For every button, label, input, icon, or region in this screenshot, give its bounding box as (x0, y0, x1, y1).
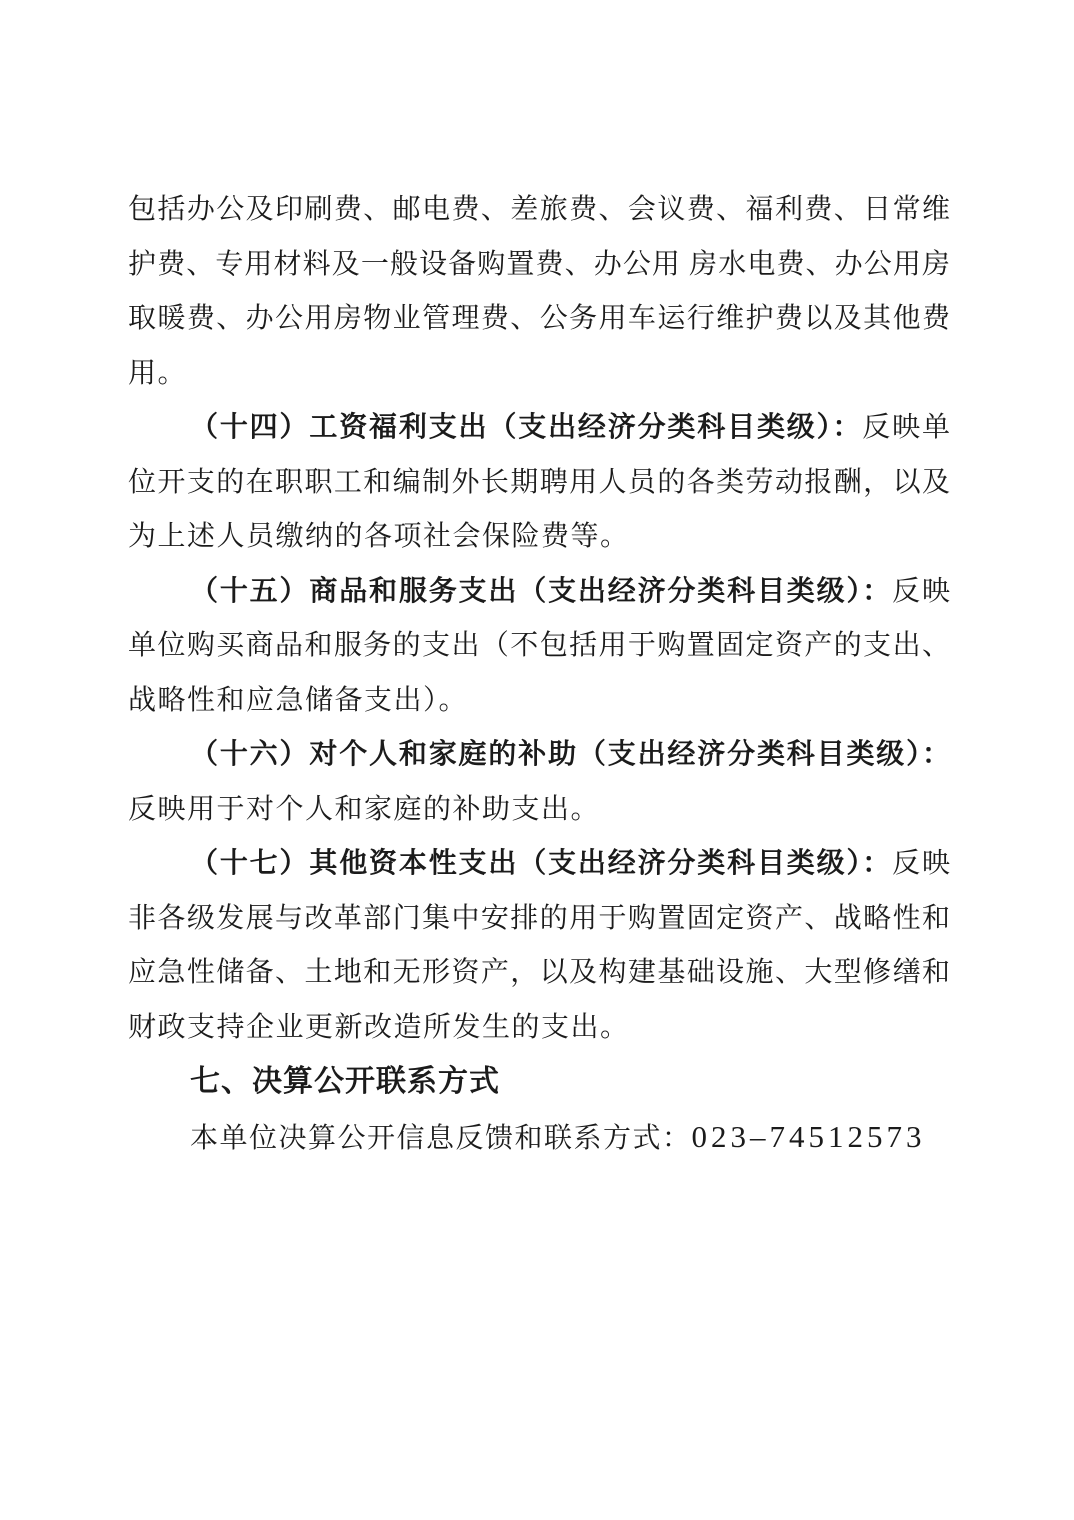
text-line: 取暖费、办公用房物业管理费、公务用车运行维护费以及其他费 (128, 292, 950, 347)
text-line: 护费、专用材料及一般设备购置费、办公用 房水电费、办公用房 (128, 238, 950, 293)
text-line: 应急性储备、土地和无形资产，以及构建基础设施、大型修缮和 (128, 946, 950, 1001)
document-page: 包括办公及印刷费、邮电费、差旅费、会议费、福利费、日常维护费、专用材料及一般设备… (0, 0, 1074, 1520)
text-run: 反映单 (862, 412, 950, 443)
bold-lead-run: （十五）商品和服务支出（支出经济分类科目类级）： (190, 576, 892, 607)
bold-lead-run: （十七）其他资本性支出（支出经济分类科目类级）： (190, 848, 892, 879)
bold-lead-run: （十四）工资福利支出（支出经济分类科目类级）： (190, 412, 862, 443)
text-line: 战略性和应急储备支出）。 (128, 674, 950, 729)
section-heading: 七、决算公开联系方式 (128, 1055, 950, 1110)
text-run: 为上述人员缴纳的各项社会保险费等。 (128, 521, 630, 552)
text-line: 单位购买商品和服务的支出（不包括用于购置固定资产的支出、 (128, 619, 950, 674)
text-run: 护费、专用材料及一般设备购置费、办公用 房水电费、办公用房 (128, 249, 950, 280)
para-14-wage-welfare-expenditure: （十四）工资福利支出（支出经济分类科目类级）：反映单位开支的在职职工和编制外长期… (128, 401, 950, 565)
text-line: 财政支持企业更新改造所发生的支出。 (128, 1001, 950, 1056)
text-run: 应急性储备、土地和无形资产，以及构建基础设施、大型修缮和 (128, 957, 950, 988)
bold-lead-run: （十六）对个人和家庭的补助（支出经济分类科目类级）： (190, 739, 950, 770)
text-line: （十四）工资福利支出（支出经济分类科目类级）：反映单 (128, 401, 950, 456)
text-run: 反映 (892, 576, 950, 607)
para-16-subsidies-individuals-families: （十六）对个人和家庭的补助（支出经济分类科目类级）：反映用于对个人和家庭的补助支… (128, 728, 950, 837)
document-body: 包括办公及印刷费、邮电费、差旅费、会议费、福利费、日常维护费、专用材料及一般设备… (128, 183, 950, 1055)
contact-label: 本单位决算公开信息反馈和联系方式： (190, 1123, 692, 1154)
document-text-column: 包括办公及印刷费、邮电费、差旅费、会议费、福利费、日常维护费、专用材料及一般设备… (128, 183, 950, 1164)
contact-phone-number: 023–74512573 (692, 1119, 926, 1154)
contact-line: 本单位决算公开信息反馈和联系方式：023–74512573 (128, 1110, 950, 1165)
text-run: 用。 (128, 358, 187, 389)
text-run: 包括办公及印刷费、邮电费、差旅费、会议费、福利费、日常维 (128, 194, 950, 225)
text-line: （十七）其他资本性支出（支出经济分类科目类级）：反映 (128, 837, 950, 892)
text-run: 非各级发展与改革部门集中安排的用于购置固定资产、战略性和 (128, 903, 950, 934)
text-run: 财政支持企业更新改造所发生的支出。 (128, 1012, 630, 1043)
text-line: （十六）对个人和家庭的补助（支出经济分类科目类级）： (128, 728, 950, 783)
text-run: 战略性和应急储备支出）。 (128, 685, 468, 716)
text-run: 取暖费、办公用房物业管理费、公务用车运行维护费以及其他费 (128, 303, 950, 334)
text-line: 反映用于对个人和家庭的补助支出。 (128, 783, 950, 838)
text-line: 非各级发展与改革部门集中安排的用于购置固定资产、战略性和 (128, 892, 950, 947)
para-15-goods-and-services-expenditure: （十五）商品和服务支出（支出经济分类科目类级）：反映单位购买商品和服务的支出（不… (128, 565, 950, 729)
text-line: 为上述人员缴纳的各项社会保险费等。 (128, 510, 950, 565)
para-17-other-capital-expenditure: （十七）其他资本性支出（支出经济分类科目类级）：反映非各级发展与改革部门集中安排… (128, 837, 950, 1055)
text-line: （十五）商品和服务支出（支出经济分类科目类级）：反映 (128, 565, 950, 620)
text-line: 包括办公及印刷费、邮电费、差旅费、会议费、福利费、日常维 (128, 183, 950, 238)
text-line: 用。 (128, 347, 950, 402)
text-run: 位开支的在职职工和编制外长期聘用人员的各类劳动报酬，以及 (128, 467, 950, 498)
text-run: 反映用于对个人和家庭的补助支出。 (128, 794, 600, 825)
text-run: 单位购买商品和服务的支出（不包括用于购置固定资产的支出、 (128, 630, 950, 661)
text-line: 位开支的在职职工和编制外长期聘用人员的各类劳动报酬，以及 (128, 456, 950, 511)
text-run: 反映 (892, 848, 950, 879)
para-daily-expenses-continued: 包括办公及印刷费、邮电费、差旅费、会议费、福利费、日常维护费、专用材料及一般设备… (128, 183, 950, 401)
